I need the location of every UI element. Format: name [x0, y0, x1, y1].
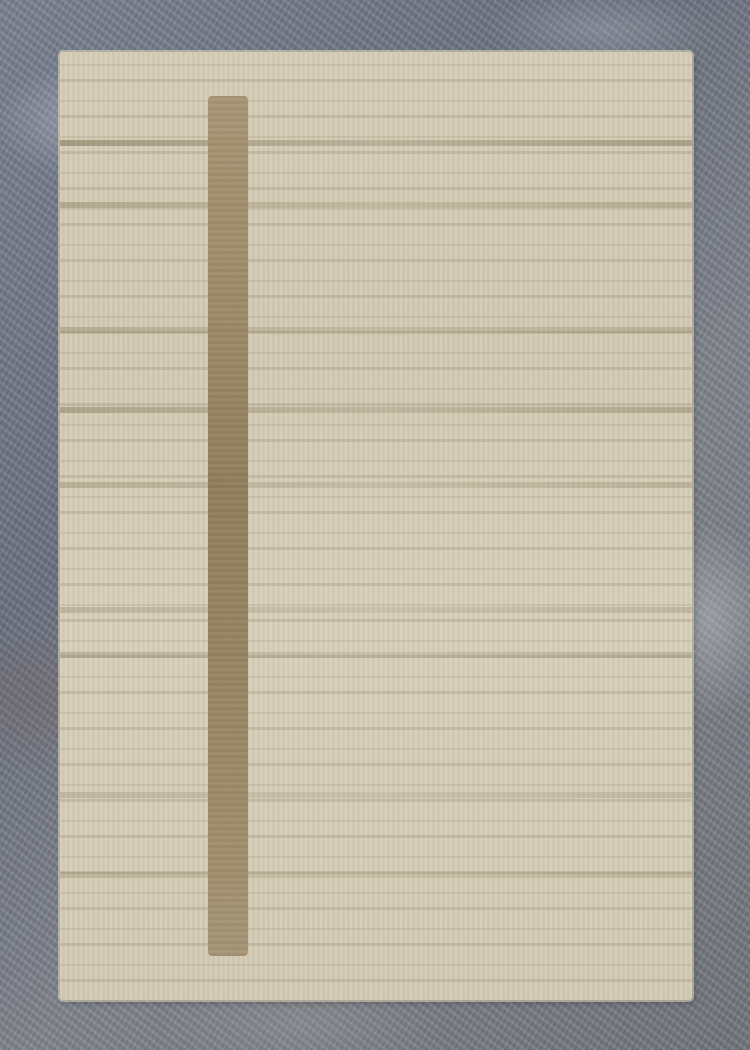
- weft-band: [60, 407, 692, 413]
- weft-band: [60, 140, 692, 146]
- weft-band: [60, 872, 692, 878]
- rug: [60, 52, 692, 1000]
- weft-band: [60, 202, 692, 208]
- weft-band: [60, 327, 692, 333]
- weft-band: [60, 792, 692, 798]
- weft-band: [60, 482, 692, 488]
- vertical-stripe: [208, 96, 248, 956]
- weft-band: [60, 607, 692, 613]
- weft-band: [60, 652, 692, 658]
